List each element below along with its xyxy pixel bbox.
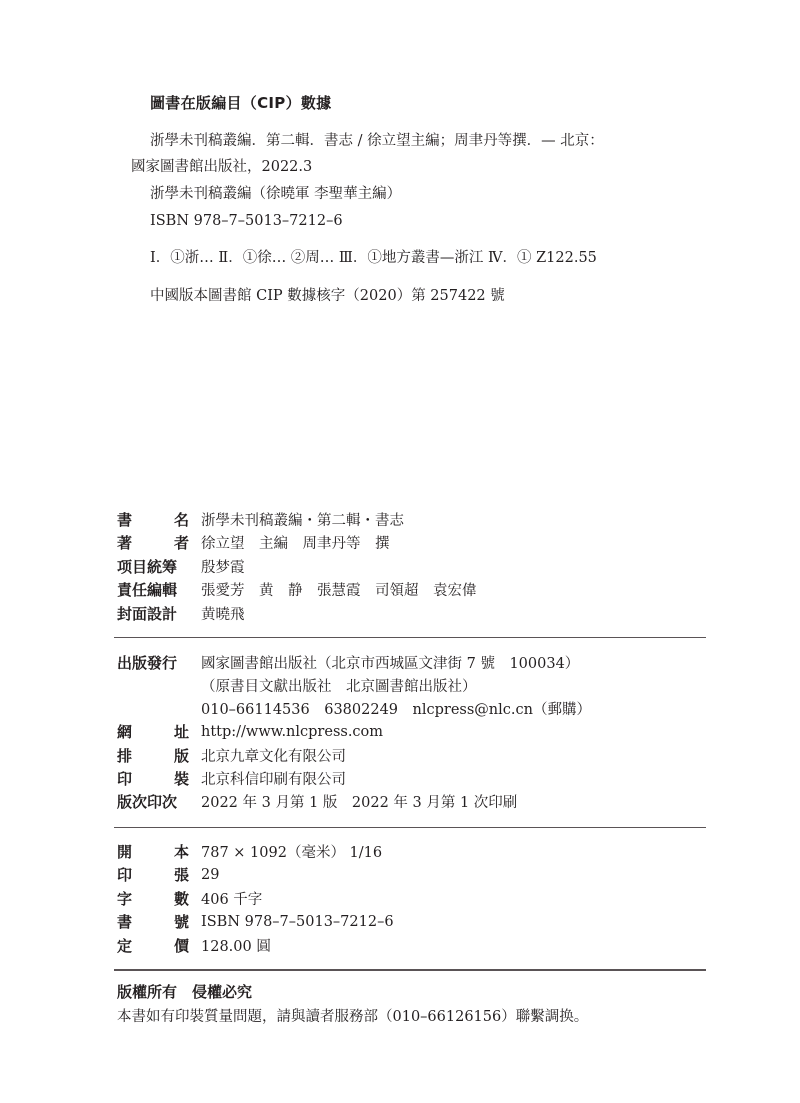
row-label: 網址 [117,721,189,742]
row-label: 版次印次 [117,791,189,812]
row-value: 殷梦霞 [201,556,245,577]
row-label-part: 裝 [174,768,189,789]
row-label-part: 排 [117,745,132,766]
row-value: 浙學未刊稿叢編・第二輯・書志 [201,509,404,530]
publication-row: 010–66114536 63802249 nlcpress@nlc.cn（郵購… [117,698,591,720]
row-value: 張愛芳 黄 静 張慧霞 司領超 袁宏偉 [201,579,477,600]
specs-row: 印張29 [117,864,219,886]
cip-record-number-line: 中國版本圖書館 CIP 數據核字（2020）第 257422 號 [150,286,505,306]
row-label-part: 印 [117,768,132,789]
row-label-part: 封面設計 [117,603,177,624]
copyright-page: 圖書在版編目（CIP）數據 浙學未刊稿叢編．第二輯．書志 / 徐立望主編；周聿丹… [0,0,800,1103]
specs-row: 書號ISBN 978–7–5013–7212–6 [117,911,394,933]
row-label: 書號 [117,911,189,932]
row-label: 项目統筹 [117,556,189,577]
row-label-part: 網 [117,721,132,742]
row-value: 北京科信印刷有限公司 [201,768,346,789]
publication-row: 網址http://www.nlcpress.com [117,721,383,743]
rights-note: 本書如有印裝質量問題，請與讀者服務部（010–66126156）聯繫調换。 [117,1005,588,1026]
row-label: 責任編輯 [117,579,189,600]
row-value: 010–66114536 63802249 nlcpress@nlc.cn（郵購… [201,698,591,719]
row-value: 北京九章文化有限公司 [201,745,346,766]
row-label-part: 本 [174,841,189,862]
row-label-part: 字 [117,888,132,909]
cip-classification-line: Ⅰ．①浙… Ⅱ．①徐… ②周… Ⅲ．①地方叢書—浙江 Ⅳ．① Z122.55 [150,248,597,268]
row-label-part: 址 [174,721,189,742]
row-label: 封面設計 [117,603,189,624]
row-label-part: 書 [117,911,132,932]
row-label-part: 張 [174,864,189,885]
row-label-part: 號 [174,911,189,932]
credits-row: 封面設計黄曉飛 [117,602,245,624]
credits-row: 项目統筹殷梦霞 [117,555,245,577]
row-value: 29 [201,867,219,883]
row-label-part: 責任編輯 [117,579,177,600]
row-label: 印張 [117,864,189,885]
row-value: 406 千字 [201,888,262,909]
publication-row: 印裝北京科信印刷有限公司 [117,768,346,790]
rights-heading: 版權所有 侵權必究 [117,981,252,1002]
row-label-part: 版次印次 [117,791,177,812]
row-label: 書名 [117,509,189,530]
row-label-part: 项目統筹 [117,556,177,577]
credits-row: 著者徐立望 主編 周聿丹等 撰 [117,532,390,554]
row-label-part: 書 [117,509,132,530]
row-value: 徐立望 主編 周聿丹等 撰 [201,532,390,553]
row-value: http://www.nlcpress.com [201,724,383,740]
row-label: 出版發行 [117,652,189,673]
specs-row: 定價128.00 圓 [117,934,271,956]
row-value: （原書目文獻出版社 北京圖書館出版社） [201,675,477,696]
publication-row: 排版北京九章文化有限公司 [117,744,346,766]
cip-series-line: 浙學未刊稿叢編（徐曉軍 李聖華主編） [150,184,401,204]
row-label-part: 版 [174,745,189,766]
row-value: ISBN 978–7–5013–7212–6 [201,914,394,930]
specs-row: 開本787 × 1092（毫米） 1/16 [117,840,382,862]
row-label: 著者 [117,532,189,553]
divider-2 [114,827,706,828]
row-label-part: 開 [117,841,132,862]
row-value: 國家圖書館出版社（北京市西城區文津街 7 號 100034） [201,652,579,673]
row-label: 字數 [117,888,189,909]
row-label-part: 名 [174,509,189,530]
row-value: 黄曉飛 [201,603,245,624]
cip-heading: 圖書在版編目（CIP）數據 [150,92,331,113]
row-label-part: 價 [174,935,189,956]
divider-3 [114,969,706,971]
row-label-part: 著 [117,532,132,553]
credits-row: 書名浙學未刊稿叢編・第二輯・書志 [117,508,404,530]
divider-1 [114,637,706,638]
row-value: 2022 年 3 月第 1 版 2022 年 3 月第 1 次印刷 [201,791,517,812]
publication-row: 版次印次2022 年 3 月第 1 版 2022 年 3 月第 1 次印刷 [117,791,517,813]
publication-row: （原書目文獻出版社 北京圖書館出版社） [117,674,477,696]
cip-publisher-line: 國家圖書館出版社，2022.3 [131,157,312,177]
row-value: 787 × 1092（毫米） 1/16 [201,841,382,862]
specs-row: 字數406 千字 [117,887,262,909]
credits-row: 責任編輯張愛芳 黄 静 張慧霞 司領超 袁宏偉 [117,579,477,601]
row-label: 印裝 [117,768,189,789]
row-label-part: 出版發行 [117,652,177,673]
row-label: 定價 [117,935,189,956]
publication-row: 出版發行國家圖書館出版社（北京市西城區文津街 7 號 100034） [117,651,579,673]
row-label: 開本 [117,841,189,862]
row-label-part: 印 [117,864,132,885]
cip-title-line: 浙學未刊稿叢編．第二輯．書志 / 徐立望主編；周聿丹等撰．— 北京： [150,131,604,151]
cip-isbn-line: ISBN 978–7–5013–7212–6 [150,211,343,231]
row-label-part: 定 [117,935,132,956]
row-label: 排版 [117,745,189,766]
row-label-part: 者 [174,532,189,553]
row-value: 128.00 圓 [201,935,271,956]
row-label-part: 數 [174,888,189,909]
